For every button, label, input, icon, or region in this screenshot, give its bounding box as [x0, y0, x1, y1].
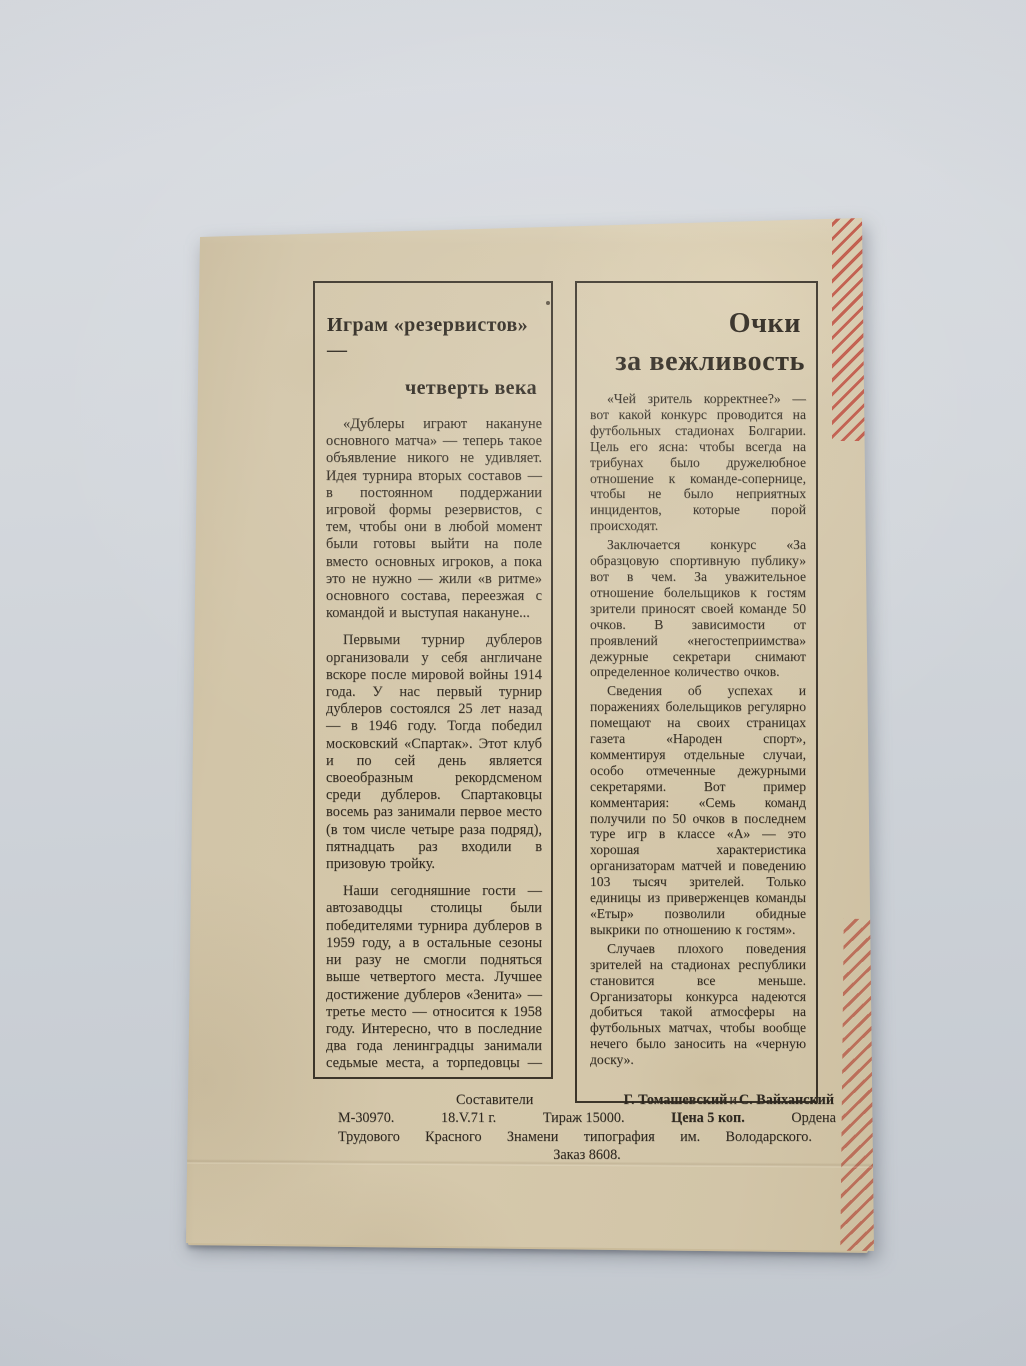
article-title-line1: Играм «резервистов» —: [327, 313, 541, 363]
printing-house-word-7: Володарского.: [726, 1128, 812, 1146]
article-paragraph: Сведения об успехах и поражениях болельщ…: [590, 683, 806, 938]
article-paragraph: Случаев плохого поведения зрителей на ст…: [590, 941, 806, 1068]
compiler-name-2: С. Вайханский: [739, 1092, 834, 1108]
imprint-block: Составители Г. ТомашевскийиС. Вайханский…: [338, 1091, 836, 1165]
compilers-label: Составители: [456, 1091, 533, 1109]
printing-house-word-4: Знамени: [507, 1128, 558, 1146]
article-title: Очки за вежливость: [590, 307, 805, 378]
print-date: 18.V.71 г.: [441, 1109, 496, 1127]
print-code: М-30970.: [338, 1109, 394, 1127]
program-back-page: Играм «резервистов» — четверть века «Дуб…: [160, 205, 906, 1273]
printing-house-word-6: им.: [680, 1128, 700, 1146]
printing-house-word-1: Ордена: [791, 1109, 836, 1127]
printing-house-word-3: Красного: [425, 1128, 481, 1146]
article-reservists: Играм «резервистов» — четверть века «Дуб…: [313, 281, 553, 1079]
article-paragraph: «Дублеры играют накануне основного матча…: [326, 416, 542, 622]
print-run: Тираж 15000.: [543, 1109, 625, 1127]
order-number: Заказ 8608.: [553, 1147, 620, 1163]
imprint-line-compilers: Составители Г. ТомашевскийиС. Вайханский: [338, 1091, 836, 1109]
article-title-line2: за вежливость: [590, 345, 805, 378]
imprint-line-printing-house: Трудового Красного Знамени типография им…: [338, 1128, 836, 1146]
program-page-wrap: Играм «резервистов» — четверть века «Дуб…: [160, 205, 906, 1273]
printing-house-word-5: типография: [584, 1128, 655, 1146]
conjunction: и: [729, 1092, 737, 1108]
compiler-names: Г. ТомашевскийиС. Вайханский: [622, 1091, 836, 1109]
imprint-line-order: Заказ 8608.: [338, 1146, 836, 1164]
article-paragraph: «Чей зритель корректнее?» — вот какой ко…: [590, 391, 806, 534]
article-paragraph: Наши сегодняшние гости — автозаводцы сто…: [326, 883, 542, 1079]
imprint-line-print-data: М-30970. 18.V.71 г. Тираж 15000. Цена 5 …: [338, 1109, 836, 1127]
article-title-line1: Очки: [590, 307, 805, 340]
article-paragraph: Заключается конкурс «За образцовую спорт…: [590, 537, 806, 680]
article-title-line2: четверть века: [327, 376, 541, 401]
article-title: Играм «резервистов» — четверть века: [327, 313, 541, 401]
photo-background: Играм «резервистов» — четверть века «Дуб…: [0, 0, 1026, 1366]
price: Цена 5 коп.: [671, 1109, 745, 1127]
compiler-name-1: Г. Томашевский: [624, 1092, 728, 1108]
printing-house-word-2: Трудового: [338, 1128, 400, 1146]
article-politeness-points: Очки за вежливость «Чей зритель корректн…: [575, 281, 818, 1103]
article-paragraph: Первыми турнир дублеров организовали у с…: [326, 632, 542, 873]
